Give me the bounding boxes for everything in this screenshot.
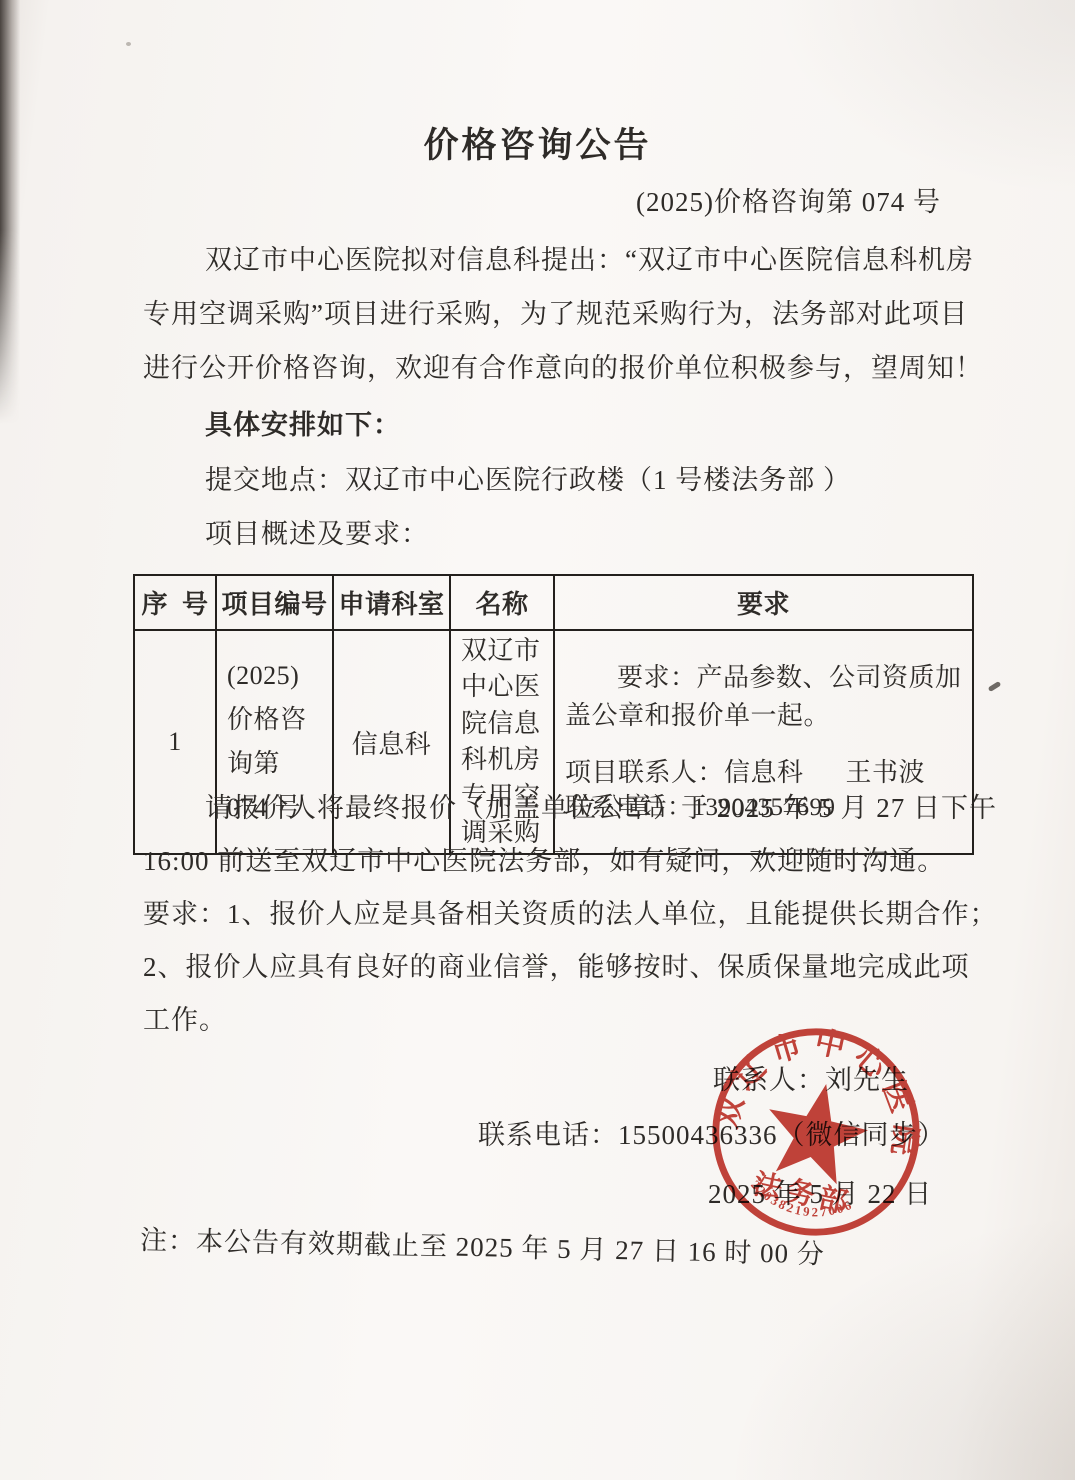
- requirement-text: 要求：产品参数、公司资质加盖公章和报价单一起。: [565, 659, 962, 734]
- intro-line-1: 双辽市中心医院拟对信息科提出：“双辽市中心医院信息科机房: [205, 242, 974, 278]
- intro-line-3: 进行公开价格咨询，欢迎有合作意向的报价单位积极参与，望周知！: [143, 350, 983, 386]
- requirements-line-1: 要求：1、报价人应是具备相关资质的法人单位，且能提供长期合作；: [143, 896, 998, 932]
- cell-seq: 1: [134, 630, 216, 854]
- header-seq: 序 号: [134, 575, 216, 630]
- official-stamp: 双辽市中心医院 法务部 2203821927006: [688, 1004, 944, 1260]
- intro-line-2: 专用空调采购”项目进行采购，为了规范采购行为，法务部对此项目: [143, 296, 968, 332]
- header-name: 名称: [450, 575, 554, 630]
- arrangement-heading: 具体安排如下：: [205, 407, 401, 443]
- header-department: 申请科室: [333, 575, 450, 630]
- project-contact-line: 项目联系人：信息科 王书波: [565, 755, 962, 791]
- paper-edge-shadow: [0, 0, 26, 424]
- table-header-row: 序 号 项目编号 申请科室 名称 要求: [134, 575, 973, 630]
- photo-artifact-dot: [126, 42, 131, 46]
- validity-note-line: 注：本公告有效期截止至 2025 年 5 月 27 日 16 时 00 分: [140, 1222, 826, 1273]
- document-page: 价格咨询公告 (2025)价格咨询第 074 号 双辽市中心医院拟对信息科提出：…: [0, 0, 1075, 1480]
- stamp-star-icon: [757, 1073, 876, 1188]
- requirements-line-3: 工作。: [143, 1002, 227, 1038]
- photo-artifact-speck: [988, 681, 1002, 692]
- document-number: (2025)价格咨询第 074 号: [636, 184, 941, 220]
- submit-location-line: 提交地点：双辽市中心医院行政楼（1 号楼法务部 ）: [205, 462, 851, 498]
- requirements-line-2: 2、报价人应具有良好的商业信誉，能够按时、保质保量地完成此项: [143, 949, 970, 985]
- page-title: 价格咨询公告: [0, 122, 1075, 169]
- header-requirement: 要求: [554, 575, 973, 630]
- deadline-line-2: 16:00 前送至双辽市中心医院法务部，如有疑问，欢迎随时沟通。: [143, 843, 945, 879]
- overview-heading: 项目概述及要求：: [205, 516, 429, 552]
- deadline-line-1: 请报价人将最终报价（加盖单位公章）于 2025 年 5 月 27 日下午: [205, 790, 997, 826]
- header-project-no: 项目编号: [216, 575, 333, 630]
